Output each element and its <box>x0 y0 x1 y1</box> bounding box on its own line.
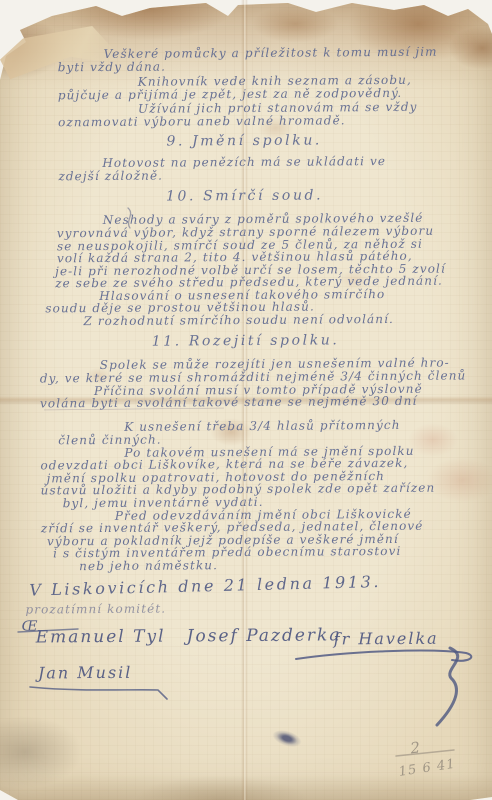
handwritten-line: neb jeho náměstku. <box>79 558 218 573</box>
handwritten-line: K usnešení třeba 3/4 hlasů přítomných <box>124 418 400 434</box>
handwriting-layer: Veškeré pomůcky a příležitost k tomu mus… <box>0 0 492 800</box>
handwritten-line: Z rozhodnutí smírčího soudu není odvolán… <box>83 312 394 328</box>
committee-line: prozatímní komitét. <box>25 602 166 617</box>
section-heading-10: 10. Smírčí soud. <box>0 186 491 205</box>
handwritten-line: byti vždy dána. <box>58 60 166 75</box>
scanned-document-page: Veškeré pomůcky a příležitost k tomu mus… <box>0 0 492 800</box>
signature-josef-pazderka: Josef Pazderka <box>187 625 342 646</box>
handwritten-line: volána byti a svolání takové stane se ne… <box>40 394 417 411</box>
handwritten-line: zdejší záložně. <box>58 169 163 184</box>
signature-emanuel-tyl: Emanuel Tyl <box>36 627 166 648</box>
signature-fr-havelka: fr Havelka <box>334 629 439 649</box>
handwritten-line: Veškeré pomůcky a příležitost k tomu mus… <box>104 45 438 61</box>
signature-jan-musil: Jan Musil <box>38 663 133 683</box>
section-heading-11: 11. Rozejití spolku. <box>0 331 492 350</box>
handwritten-line: i s čistým inventářem předá obecnímu sta… <box>53 544 401 560</box>
handwritten-line: oznamovati výboru aneb valné hromadě. <box>58 113 346 129</box>
section-heading-9: 9. Jmění spolku. <box>0 131 490 150</box>
date-line: V Liskovicích dne 21 ledna 1913. <box>29 572 381 600</box>
pencil-note-bottom: 15 6 41 <box>398 757 457 780</box>
handwritten-line: Hotovost na penězích má se ukládati ve <box>102 154 386 170</box>
pencil-note-top: 2 <box>409 738 422 757</box>
